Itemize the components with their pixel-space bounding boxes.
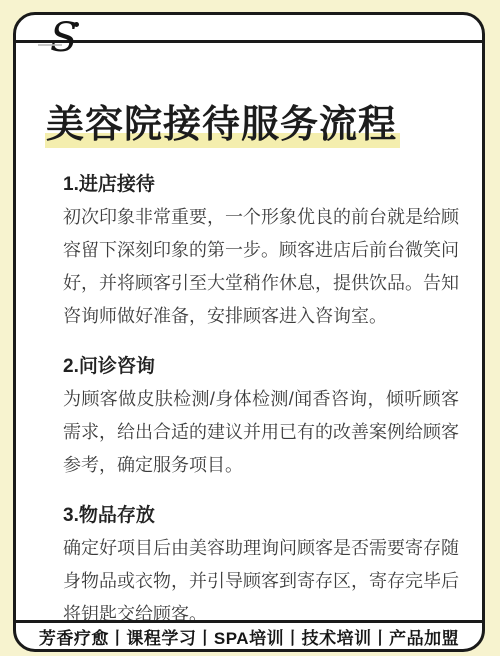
logo-subtext — [38, 44, 62, 46]
page-title-highlight: 美容院接待服务流程 — [45, 104, 400, 148]
brand-logo: S — [38, 18, 88, 62]
header-band: S — [16, 15, 482, 43]
poster-card: S 美容院接待服务流程 1.进店接待 初次印象非常重要，一个形象优良的前台就是给… — [13, 12, 485, 652]
section-heading: 2.问诊咨询 — [63, 354, 458, 380]
footer-band: 芳香疗愈丨课程学习丨SPA培训丨技术培训丨产品加盟 — [16, 620, 482, 649]
section-entry-reception: 1.进店接待 初次印象非常重要，一个形象优良的前台就是给顾容留下深刻印象的第一步… — [63, 172, 458, 333]
section-heading: 1.进店接待 — [63, 172, 458, 198]
footer-tagline: 芳香疗愈丨课程学习丨SPA培训丨技术培训丨产品加盟 — [39, 624, 459, 649]
page-title: 美容院接待服务流程 — [45, 99, 458, 151]
section-item-storage: 3.物品存放 确定好项目后由美容助理询问顾客是否需要寄存随身物品或衣物，并引导顾… — [63, 503, 458, 620]
section-body: 确定好项目后由美容助理询问顾客是否需要寄存随身物品或衣物，并引导顾客到寄存区，寄… — [63, 532, 459, 620]
logo-dot-icon — [74, 22, 79, 27]
section-body: 初次印象非常重要，一个形象优良的前台就是给顾容留下深刻印象的第一步。顾客进店后前… — [63, 201, 459, 333]
section-body: 为顾客做皮肤检测/身体检测/闻香咨询，倾听顾客需求，给出合适的建议并用已有的改善… — [63, 383, 459, 482]
section-consultation: 2.问诊咨询 为顾客做皮肤检测/身体检测/闻香咨询，倾听顾客需求，给出合适的建议… — [63, 354, 458, 482]
section-heading: 3.物品存放 — [63, 503, 458, 529]
content-area: 美容院接待服务流程 1.进店接待 初次印象非常重要，一个形象优良的前台就是给顾容… — [16, 43, 482, 620]
